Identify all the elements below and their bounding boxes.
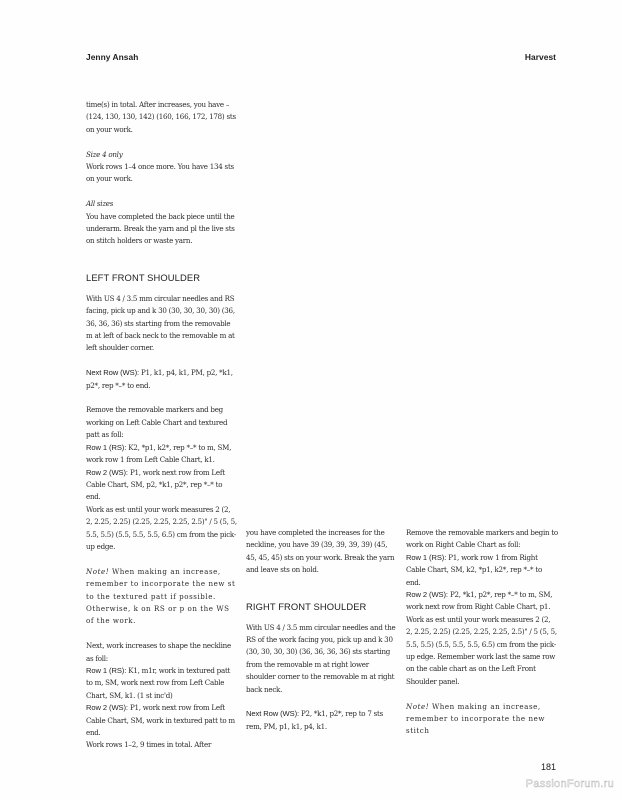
left-next-row: Next Row (WS): P1, k1, p4, k1, PM, p2, *… bbox=[86, 367, 238, 392]
all-sizes-heading: All sizes bbox=[86, 198, 238, 210]
left-increase-note: Note! When making an increase, remember … bbox=[86, 566, 238, 628]
left-row-1: Row 1 (RS): K2, *p1, k2*, rep *–* to m, … bbox=[86, 442, 238, 467]
note-label: Note! bbox=[406, 702, 429, 711]
row-label: Row 1 (RS): bbox=[86, 666, 126, 675]
watermark: PassionForum.ru bbox=[526, 778, 614, 790]
row-label: Row 2 (WS): bbox=[406, 590, 448, 599]
neckline-row-2: Row 2 (WS): P1, work next row from Left … bbox=[86, 702, 238, 739]
size4-heading: Size 4 only bbox=[86, 149, 238, 161]
note-label: Note! bbox=[86, 567, 109, 576]
paragraph-increases-total: time(s) in total. After increases, you h… bbox=[86, 99, 238, 136]
left-pickup-instructions: With US 4 / 3.5 mm circular needles and … bbox=[86, 293, 238, 355]
section-heading-right-front-shoulder: RIGHT FRONT SHOULDER bbox=[246, 601, 398, 613]
neckline-row-1: Row 1 (RS): K1, m1r, work in textured pa… bbox=[86, 665, 238, 702]
left-remove-markers: Remove the removable markers and beg wor… bbox=[86, 404, 238, 441]
neckline-complete-paragraph: you have completed the increases for the… bbox=[246, 527, 398, 577]
section-heading-left-front-shoulder: LEFT FRONT SHOULDER bbox=[86, 272, 238, 284]
left-work-as-est: Work as est until your work measures 2 (… bbox=[86, 504, 238, 554]
row-label: Row 1 (RS): bbox=[86, 443, 126, 452]
document-page: Jenny Ansah Harvest time(s) in total. Af… bbox=[0, 0, 622, 800]
neckline-repeat: Work rows 1–2, 9 times in total. After bbox=[86, 739, 238, 751]
all-sizes-instructions: You have completed the back piece until … bbox=[86, 211, 238, 248]
row-label: Row 2 (WS): bbox=[86, 468, 128, 477]
text-column-1: time(s) in total. After increases, you h… bbox=[86, 99, 238, 752]
right-remove-markers: Remove the removable markers and begin t… bbox=[406, 527, 558, 552]
row-label: Next Row (WS): bbox=[86, 368, 139, 377]
running-header-author: Jenny Ansah bbox=[86, 52, 138, 62]
right-row-2: Row 2 (WS): P2, *k1, p2*, rep *–* to m, … bbox=[406, 589, 558, 614]
right-pickup-instructions: With US 4 / 3.5 mm circular needles and … bbox=[246, 622, 398, 696]
row-label: Row 1 (RS): bbox=[406, 553, 446, 562]
size4-instructions: Work rows 1–4 once more. You have 134 st… bbox=[86, 161, 238, 186]
running-header-title: Harvest bbox=[525, 52, 556, 62]
row-label: Next Row (WS): bbox=[246, 709, 299, 718]
row-label: Row 2 (WS): bbox=[86, 703, 128, 712]
right-row-1: Row 1 (RS): P1, work row 1 from Right Ca… bbox=[406, 552, 558, 589]
text-column-2: you have completed the increases for the… bbox=[246, 527, 398, 733]
left-row-2: Row 2 (WS): P1, work next row from Left … bbox=[86, 467, 238, 504]
right-next-row: Next Row (WS): P2, *k1, p2*, rep to 7 st… bbox=[246, 708, 398, 733]
page-number: 181 bbox=[541, 762, 556, 772]
right-work-as-est: Work as est until your work measures 2 (… bbox=[406, 614, 558, 688]
neckline-increase-intro: Next, work increases to shape the neckli… bbox=[86, 640, 238, 665]
text-column-3: Remove the removable markers and begin t… bbox=[406, 527, 558, 738]
right-increase-note: Note! When making an increase, remember … bbox=[406, 701, 558, 738]
